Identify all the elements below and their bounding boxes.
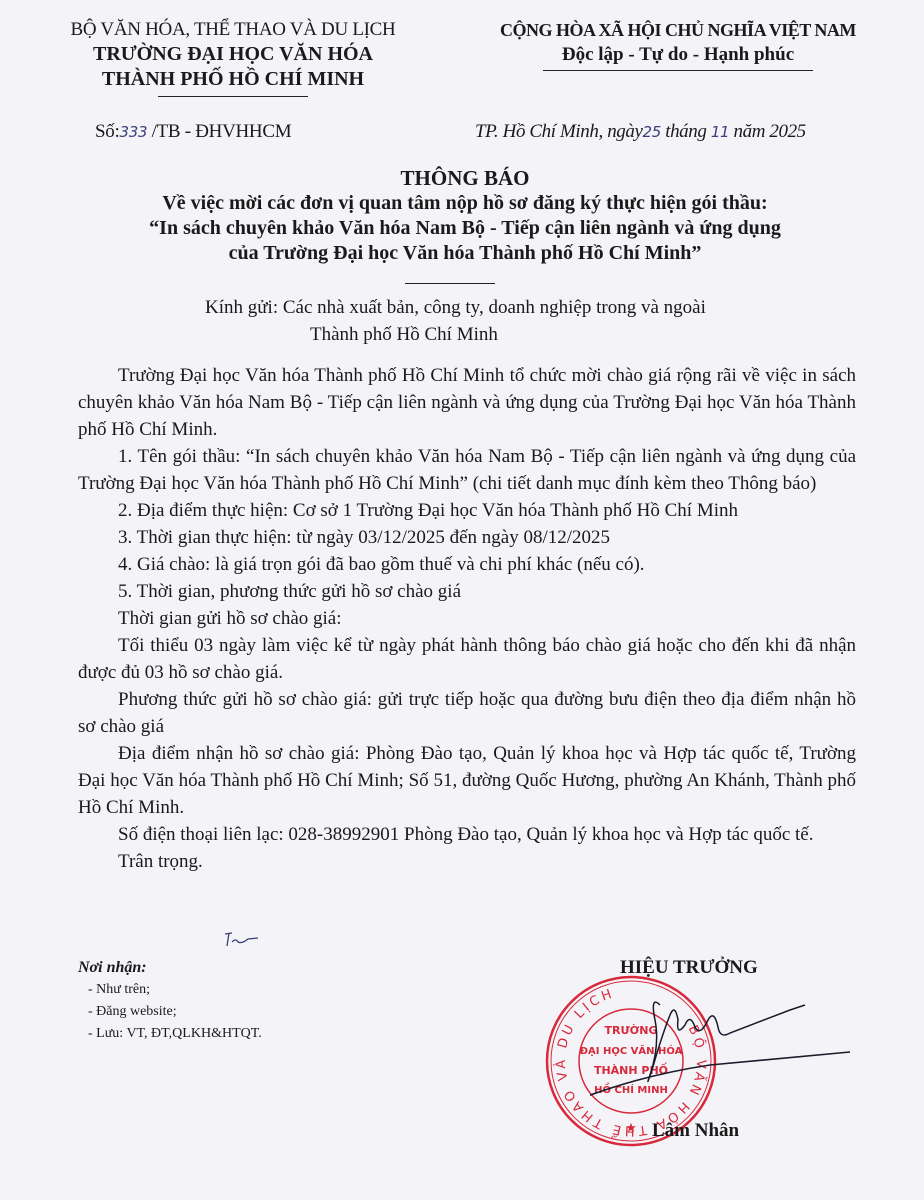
date-day: 25 xyxy=(643,123,661,141)
document-body: Trường Đại học Văn hóa Thành phố Hồ Chí … xyxy=(78,362,856,875)
header-left-rule xyxy=(158,96,308,97)
doc-number-suffix: /TB - ĐHVHHCM xyxy=(152,121,292,142)
issuing-authority: BỘ VĂN HÓA, THỂ THAO VÀ DU LỊCH TRƯỜNG Đ… xyxy=(68,18,398,97)
document-page: BỘ VĂN HÓA, THỂ THAO VÀ DU LỊCH TRƯỜNG Đ… xyxy=(0,0,924,1200)
submission-location-text: Địa điểm nhận hồ sơ chào giá: Phòng Đào … xyxy=(78,740,856,821)
submission-time-text: Tối thiểu 03 ngày làm việc kể từ ngày ph… xyxy=(78,632,856,686)
item-location: 2. Địa điểm thực hiện: Cơ sở 1 Trường Đạ… xyxy=(78,497,856,524)
item-submission: 5. Thời gian, phương thức gửi hồ sơ chào… xyxy=(78,578,856,605)
svg-text:★: ★ xyxy=(625,1121,637,1136)
subject-line1: Về việc mời các đơn vị quan tâm nộp hồ s… xyxy=(60,191,870,216)
date-month: 11 xyxy=(711,123,729,141)
subject-line3: của Trường Đại học Văn hóa Thành phố Hồ … xyxy=(60,241,870,266)
title-heading: THÔNG BÁO xyxy=(60,165,870,191)
recipients-list: Nơi nhận: - Như trên; - Đăng website; - … xyxy=(78,957,262,1045)
place-and-date: TP. Hồ Chí Minh, ngày25 tháng 11 năm 202… xyxy=(475,121,806,143)
date-prefix: TP. Hồ Chí Minh, ngày xyxy=(475,121,643,142)
item-package-name: 1. Tên gói thầu: “In sách chuyên khảo Vă… xyxy=(78,443,856,497)
title-rule xyxy=(405,283,495,284)
submission-method-text: Phương thức gửi hồ sơ chào giá: gửi trực… xyxy=(78,686,856,740)
subject-line2: “In sách chuyên khảo Văn hóa Nam Bộ - Ti… xyxy=(60,216,870,241)
recipient: Kính gửi: Các nhà xuất bản, công ty, doa… xyxy=(205,294,706,348)
initials-mark xyxy=(222,930,262,950)
header-right-rule xyxy=(543,70,813,71)
item-price: 4. Giá chào: là giá trọn gói đã bao gồm … xyxy=(78,551,856,578)
recipient-item: - Lưu: VT, ĐT,QLKH&HTQT. xyxy=(78,1023,262,1045)
national-motto: Độc lập - Tự do - Hạnh phúc xyxy=(478,42,878,67)
signatory-name: Lâm Nhân xyxy=(652,1120,739,1142)
recipient-item: - Như trên; xyxy=(78,979,262,1001)
recipient-line2: Thành phố Hồ Chí Minh xyxy=(205,321,706,348)
contact-phone-text: Số điện thoại liên lạc: 028-38992901 Phò… xyxy=(78,821,856,848)
recipients-label: Nơi nhận: xyxy=(78,957,262,979)
ministry-name: BỘ VĂN HÓA, THỂ THAO VÀ DU LỊCH xyxy=(68,18,398,42)
doc-number-value: 333 xyxy=(119,123,147,141)
recipient-line1: Kính gửi: Các nhà xuất bản, công ty, doa… xyxy=(205,294,706,321)
item-duration: 3. Thời gian thực hiện: từ ngày 03/12/20… xyxy=(78,524,856,551)
university-name-line1: TRƯỜNG ĐẠI HỌC VĂN HÓA xyxy=(68,42,398,67)
document-number: Số:333 /TB - ĐHVHHCM xyxy=(95,121,291,143)
national-header: CỘNG HÒA XÃ HỘI CHỦ NGHĨA VIỆT NAM Độc l… xyxy=(478,18,878,71)
submission-time-label: Thời gian gửi hồ sơ chào giá: xyxy=(78,605,856,632)
closing-text: Trân trọng. xyxy=(78,848,856,875)
intro-paragraph: Trường Đại học Văn hóa Thành phố Hồ Chí … xyxy=(78,362,856,443)
document-title: THÔNG BÁO Về việc mời các đơn vị quan tâ… xyxy=(60,165,870,266)
nation-name: CỘNG HÒA XÃ HỘI CHỦ NGHĨA VIỆT NAM xyxy=(478,18,878,42)
doc-number-prefix: Số: xyxy=(95,121,119,142)
handwritten-signature xyxy=(590,975,890,1115)
recipient-item: - Đăng website; xyxy=(78,1001,262,1023)
university-name-line2: THÀNH PHỐ HỒ CHÍ MINH xyxy=(68,67,398,92)
date-year: năm 2025 xyxy=(734,121,806,142)
date-month-label: tháng xyxy=(665,121,706,142)
